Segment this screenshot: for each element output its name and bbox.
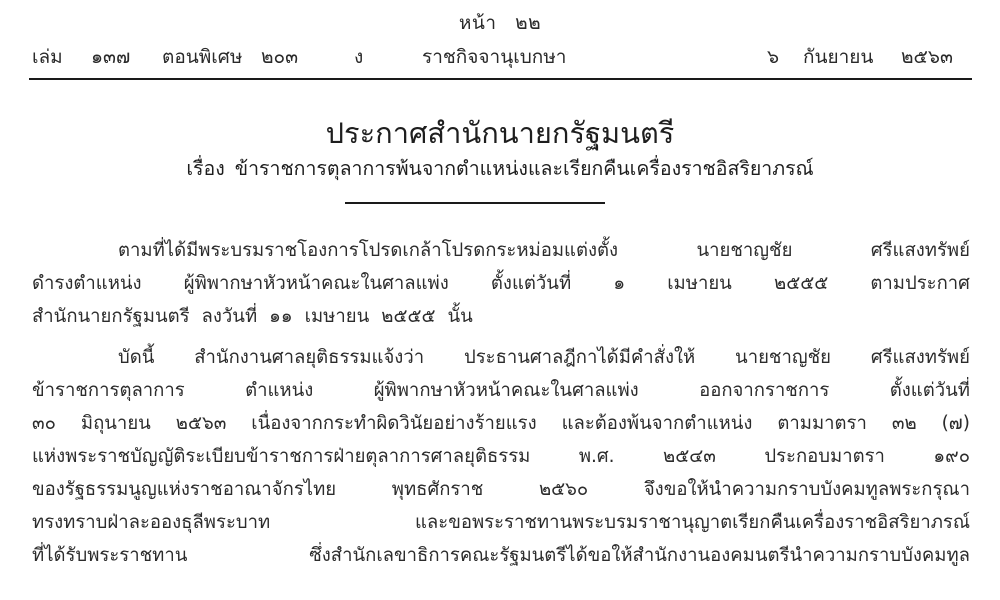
body-word: มิถุนายน — [81, 409, 151, 438]
body-word: ๓๒ — [892, 409, 917, 438]
body-word: ผู้พิพากษาหัวหน้าคณะในศาลแพ่ง — [184, 269, 449, 298]
body-word: พ.ศ. — [579, 442, 615, 471]
body-word: ๒๕๖๓ — [176, 409, 227, 438]
body-word: ๒๕๖๐ — [539, 475, 588, 504]
body-word: (๗) — [942, 409, 970, 438]
body-word: ๒๕๕๕ — [381, 302, 435, 331]
body-word: ลงวันที่ — [202, 302, 258, 331]
issue-suffix: ง — [354, 42, 363, 72]
body-line: ดำรงตำแหน่งผู้พิพากษาหัวหน้าคณะในศาลแพ่ง… — [32, 269, 970, 298]
body-word: บัดนี้ — [118, 343, 154, 372]
body-line: ที่ได้รับพระราชทานซึ่งสำนักเลขาธิการคณะร… — [32, 541, 970, 570]
body-word: ๒๕๔๓ — [663, 442, 716, 471]
body-word: ๑๙๐ — [933, 442, 970, 471]
publication-name: ราชกิจจานุเบกษา — [422, 42, 566, 72]
body-word: นายชาญชัย — [735, 343, 831, 372]
body-line: ทรงทราบฝ่าละอองธุลีพระบาทและขอพระราชทานพ… — [32, 508, 970, 537]
body-word: ๑ — [613, 269, 625, 298]
body-word: และขอพระราชทานพระบรมราชานุญาตเรียกคืนเคร… — [415, 508, 970, 537]
body-word: เนื่องจากกระทำผิดวินัยอย่างร้ายแรง — [251, 409, 536, 438]
body-word: ตามมาตรา — [777, 409, 867, 438]
announcement-title: ประกาศสำนักนายกรัฐมนตรี — [0, 110, 1000, 156]
date-month: กันยายน — [803, 42, 873, 72]
body-line: ของรัฐธรรมนูญแห่งราชอาณาจักรไทยพุทธศักรา… — [32, 475, 970, 504]
body-word: นั้น — [447, 302, 472, 331]
body-line: ตามที่ได้มีพระบรมราชโองการโปรดเกล้าโปรดก… — [118, 236, 970, 265]
body-word: ซึ่งสำนักเลขาธิการคณะรัฐมนตรีได้ขอให้สำน… — [309, 541, 970, 570]
body-word: จึงขอให้นำความกราบบังคมทูลพระกรุณา — [644, 475, 970, 504]
body-word: ตั้งแต่วันที่ — [890, 376, 970, 405]
date-year: ๒๕๖๓ — [901, 42, 953, 72]
date-day: ๖ — [767, 42, 779, 72]
body-word: ศรีแสงทรัพย์ — [871, 343, 970, 372]
header-divider — [29, 78, 972, 80]
body-word: ตามที่ได้มีพระบรมราชโองการโปรดเกล้าโปรดก… — [118, 236, 618, 265]
subject-text: ข้าราชการตุลาการพ้นจากตำแหน่งและเรียกคืน… — [235, 157, 814, 180]
body-word: ๒๕๕๕ — [774, 269, 828, 298]
body-word: เมษายน — [667, 269, 732, 298]
body-word: เมษายน — [305, 302, 370, 331]
body-word: พุทธศักราช — [392, 475, 484, 504]
body-word: ดำรงตำแหน่ง — [32, 269, 142, 298]
body-line: ๓๐มิถุนายน๒๕๖๓เนื่องจากกระทำผิดวินัยอย่า… — [32, 409, 970, 438]
body-word: ศรีแสงทรัพย์ — [871, 236, 970, 265]
body-line: แห่งพระราชบัญญัติระเบียบข้าราชการฝ่ายตุล… — [32, 442, 970, 471]
gazette-header: เล่ม ๑๓๗ ตอนพิเศษ ๒๐๓ ง ราชกิจจานุเบกษา … — [32, 42, 970, 72]
body-word: ของรัฐธรรมนูญแห่งราชอาณาจักรไทย — [32, 475, 336, 504]
body-word: สำนักนายกรัฐมนตรี — [32, 302, 190, 331]
issue-number: ๒๐๓ — [261, 42, 298, 72]
issue-label: ตอนพิเศษ — [162, 42, 242, 72]
title-divider — [345, 202, 605, 204]
announcement-subject: เรื่องข้าราชการตุลาการพ้นจากตำแหน่งและเร… — [0, 153, 1000, 184]
body-word: นายชาญชัย — [696, 236, 792, 265]
page-number: หน้า ๒๒ — [0, 8, 1000, 38]
body-word: แห่งพระราชบัญญัติระเบียบข้าราชการฝ่ายตุล… — [32, 442, 530, 471]
body-line: สำนักนายกรัฐมนตรีลงวันที่๑๑เมษายน๒๕๕๕นั้… — [32, 302, 970, 331]
body-word: ตั้งแต่วันที่ — [491, 269, 571, 298]
body-word: ตามประกาศ — [870, 269, 970, 298]
body-word: สำนักงานศาลยุติธรรมแจ้งว่า — [194, 343, 424, 372]
page-number-value: ๒๒ — [515, 12, 541, 34]
body-word: ประธานศาลฎีกาได้มีคำสั่งให้ — [464, 343, 695, 372]
body-word: ประกอบมาตรา — [764, 442, 885, 471]
body-word: ผู้พิพากษาหัวหน้าคณะในศาลแพ่ง — [374, 376, 639, 405]
body-word: ที่ได้รับพระราชทาน — [32, 541, 187, 570]
body-word: ๓๐ — [32, 409, 56, 438]
body-word: ข้าราชการตุลาการ — [32, 376, 185, 405]
body-word: ออกจากราชการ — [699, 376, 829, 405]
body-word: และต้องพ้นจากตำแหน่ง — [562, 409, 753, 438]
subject-label: เรื่อง — [186, 157, 224, 180]
volume-label: เล่ม — [32, 42, 63, 72]
body-word: ๑๑ — [269, 302, 293, 331]
body-word: ทรงทราบฝ่าละอองธุลีพระบาท — [32, 508, 270, 537]
volume-number: ๑๓๗ — [91, 42, 130, 72]
body-word: ตำแหน่ง — [245, 376, 313, 405]
page-label: หน้า — [459, 12, 497, 34]
body-line: ข้าราชการตุลาการตำแหน่งผู้พิพากษาหัวหน้า… — [32, 376, 970, 405]
body-line: บัดนี้สำนักงานศาลยุติธรรมแจ้งว่าประธานศา… — [118, 343, 970, 372]
